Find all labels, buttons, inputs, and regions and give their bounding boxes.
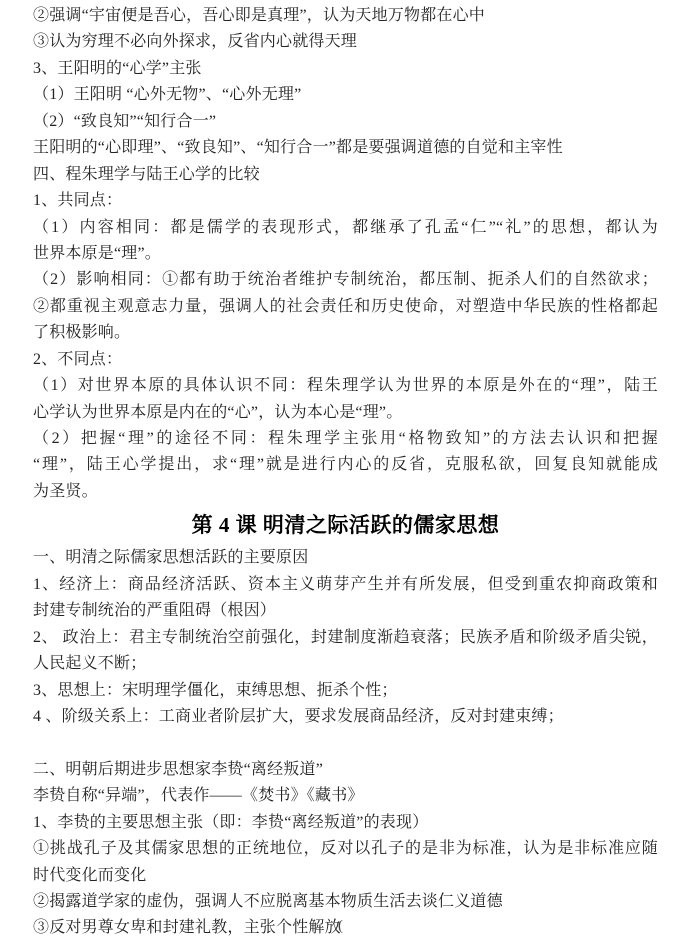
text-line: 1、李贽的主要思想主张（即：李贽“离经叛道”的表现） [33, 810, 658, 836]
text-line: ②都重视主观意志力量，强调人的社会责任和历史使命，对塑造中华民族的性格都起 [33, 294, 658, 320]
text-line: 了积极影响。 [33, 320, 658, 346]
text-line: （1）内容相同：都是儒学的表现形式，都继承了孔孟“仁”“礼”的思想，都认为 [33, 215, 658, 241]
text-line: ③认为穷理不必向外探求，反省内心就得天理 [33, 29, 658, 55]
text-line: 4 、阶级关系上：工商业者阶层扩大，要求发展商品经济，反对封建束缚； [33, 704, 658, 730]
text-line: 2、不同点： [33, 347, 658, 373]
text-line: （1）王阳明 “心外无物”、“心外无理” [33, 82, 658, 108]
text-line: 时代变化而变化 [33, 863, 658, 889]
text-line: （1）对世界本原的具体认识不同：程朱理学认为世界的本原是外在的“理”，陆王 [33, 373, 658, 399]
text-line: 为圣贤。 [33, 479, 658, 505]
text-line: ②强调“宇宙便是吾心，吾心即是真理”，认为天地万物都在心中 [33, 3, 658, 29]
chapter-heading: 第 4 课 明清之际活跃的儒家思想 [33, 505, 658, 545]
text-line: 3、思想上：宋明理学僵化，束缚思想、扼杀个性； [33, 678, 658, 704]
text-line: 1、经济上：商品经济活跃、资本主义萌芽产生并有所发展，但受到重农抑商政策和 [33, 572, 658, 598]
text-line: “理”，陆王心学提出，求“理”就是进行内心的反省，克服私欲，回复良知就能成 [33, 452, 658, 478]
text-line: 1、共同点： [33, 188, 658, 214]
text-line: ①挑战孔子及其儒家思想的正统地位，反对以孔子的是非为标准，认为是非标准应随 [33, 836, 658, 862]
text-line: 李贽自称“异端”，代表作——《焚书》《藏书》 [33, 783, 658, 809]
text-line: （2）“致良知”“知行合一” [33, 109, 658, 135]
text-line: 3、王阳明的“心学”主张 [33, 56, 658, 82]
text-line: 世界本原是“理”。 [33, 241, 658, 267]
text-line: （2）影响相同：①都有助于统治者维护专制统治，都压制、扼杀人们的自然欲求； [33, 267, 658, 293]
page-corner-mark: ( [338, 918, 343, 935]
section-title: 一、明清之际儒家思想活跃的主要原因 [33, 545, 658, 571]
text-line: 人民起义不断； [33, 651, 658, 677]
text-line: ②揭露道学家的虚伪，强调人不应脱离基本物质生活去谈仁义道德 [33, 889, 658, 915]
text-line: （2）把握“理”的途径不同：程朱理学主张用“格物致知”的方法去认识和把握 [33, 426, 658, 452]
text-line: 2、 政治上：君主专制统治空前强化，封建制度渐趋衰落；民族矛盾和阶级矛盾尖锐， [33, 625, 658, 651]
text-line: 封建专制统治的严重阻碍（根因） [33, 598, 658, 624]
section-title: 二、明朝后期进步思想家李贽“离经叛道” [33, 757, 658, 783]
text-line: 王阳明的“心即理”、“致良知”、“知行合一”都是要强调道德的自觉和主宰性 [33, 135, 658, 161]
text-line: 心学认为世界本原是内在的“心”，认为本心是“理”。 [33, 400, 658, 426]
document-page: ②强调“宇宙便是吾心，吾心即是真理”，认为天地万物都在心中 ③认为穷理不必向外探… [0, 0, 686, 943]
blank-line [33, 730, 658, 756]
text-line: ③反对男尊女卑和封建礼教，主张个性解放 [33, 915, 658, 941]
section-title: 四、程朱理学与陆王心学的比较 [33, 162, 658, 188]
